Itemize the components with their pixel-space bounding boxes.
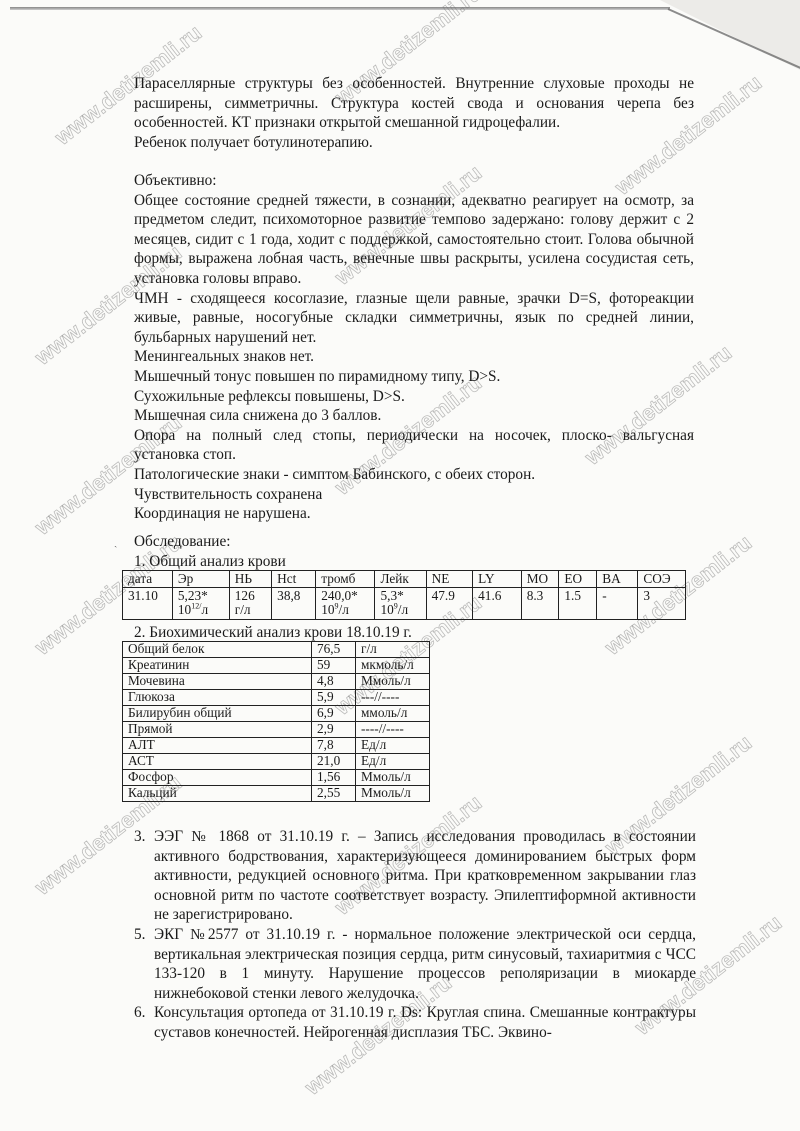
analyte-unit: Ед/л bbox=[356, 738, 430, 754]
item-number: 3. bbox=[134, 827, 145, 847]
table-header-cell: НЬ bbox=[229, 571, 271, 588]
analyte-value: 76,5 bbox=[312, 642, 356, 658]
exam-heading: Обследование: bbox=[134, 533, 231, 550]
item-number: 5. bbox=[134, 925, 145, 945]
table-cell: 1.5 bbox=[559, 588, 597, 620]
table-cell: 5,23*1012/л bbox=[172, 588, 229, 620]
analyte-name: Фосфор bbox=[123, 770, 312, 786]
analyte-unit: Ммоль/л bbox=[356, 770, 430, 786]
analyte-name: Мочевина bbox=[123, 674, 312, 690]
table-row: Общий белок76,5г/л bbox=[123, 642, 430, 658]
analyte-unit: Ммоль/л bbox=[356, 786, 430, 802]
table-row: 31.105,23*1012/л126г/л38,8240,0*109/л5,3… bbox=[123, 588, 686, 620]
analyte-value: 59 bbox=[312, 658, 356, 674]
table-cell: 41.6 bbox=[473, 588, 522, 620]
table-row: Мочевина4,8Ммоль/л bbox=[123, 674, 430, 690]
objective-paragraph: Сухожильные рефлексы повышены, D>S. bbox=[134, 387, 694, 407]
table-header-cell: MO bbox=[521, 571, 559, 588]
cbc-title: 1. Общий анализ крови bbox=[134, 553, 286, 570]
intro-paragraph: Параселлярные структуры без особенностей… bbox=[134, 74, 694, 133]
biochem-table: Общий белок76,5г/лКреатинин59мкмоль/лМоч… bbox=[122, 641, 430, 802]
analyte-name: Общий белок bbox=[123, 642, 312, 658]
objective-paragraph: Общее состояние средней тяжести, в созна… bbox=[134, 191, 694, 289]
objective-paragraph: Координация не нарушена. bbox=[134, 504, 694, 524]
analyte-value: 6,9 bbox=[312, 706, 356, 722]
analyte-name: Креатинин bbox=[123, 658, 312, 674]
table-row: Фосфор1,56Ммоль/л bbox=[123, 770, 430, 786]
table-header-cell: дата bbox=[123, 571, 173, 588]
item-text: Консультация ортопеда от 31.10.19 г. Ds:… bbox=[154, 1004, 696, 1041]
objective-section: Объективно: Общее состояние средней тяже… bbox=[134, 171, 694, 524]
analyte-name: Глюкоза bbox=[123, 690, 312, 706]
analyte-unit: г/л bbox=[356, 642, 430, 658]
objective-paragraph: Мышечный тонус повышен по пирамидному ти… bbox=[134, 367, 694, 387]
analyte-name: АСТ bbox=[123, 754, 312, 770]
table-row: АЛТ7,8Ед/л bbox=[123, 738, 430, 754]
item-number: 6. bbox=[134, 1003, 145, 1023]
analyte-value: 2,55 bbox=[312, 786, 356, 802]
table-header-cell: Лейк bbox=[375, 571, 426, 588]
table-cell: 38,8 bbox=[272, 588, 316, 620]
scan-speck: ˎ bbox=[114, 537, 117, 548]
table-cell: 47.9 bbox=[426, 588, 473, 620]
table-cell: 3 bbox=[638, 588, 686, 620]
item-text: ЭЭГ № 1868 от 31.10.19 г. – Запись иссле… bbox=[154, 828, 696, 923]
exam-item-orthopedist: 6.Консультация ортопеда от 31.10.19 г. D… bbox=[134, 1003, 696, 1042]
analyte-value: 21,0 bbox=[312, 754, 356, 770]
scan-top-edge bbox=[10, 7, 670, 10]
analyte-unit: мкмоль/л bbox=[356, 658, 430, 674]
analyte-name: АЛТ bbox=[123, 738, 312, 754]
table-row: Глюкоза5,9---//---- bbox=[123, 690, 430, 706]
table-header-cell: СОЭ bbox=[638, 571, 686, 588]
table-cell: 126г/л bbox=[229, 588, 271, 620]
section-heading: Объективно: bbox=[134, 171, 694, 191]
analyte-unit: Ммоль/л bbox=[356, 674, 430, 690]
table-header-cell: тромб bbox=[316, 571, 375, 588]
intro-paragraph: Ребенок получает ботулинотерапию. bbox=[134, 133, 694, 153]
table-header-cell: BA bbox=[597, 571, 638, 588]
analyte-unit: Ед/л bbox=[356, 754, 430, 770]
analyte-unit: ----//---- bbox=[356, 722, 430, 738]
objective-paragraph: Мышечная сила снижена до 3 баллов. bbox=[134, 406, 694, 426]
objective-paragraph: Патологические знаки - симптом Бабинског… bbox=[134, 465, 694, 485]
analyte-name: Кальций bbox=[123, 786, 312, 802]
table-header-cell: Hct bbox=[272, 571, 316, 588]
table-cell: 31.10 bbox=[123, 588, 173, 620]
table-header-row: датаЭрНЬHctтромбЛейкNELYMOEOBAСОЭ bbox=[123, 571, 686, 588]
cbc-table: датаЭрНЬHctтромбЛейкNELYMOEOBAСОЭ 31.105… bbox=[122, 570, 686, 620]
analyte-value: 7,8 bbox=[312, 738, 356, 754]
analyte-unit: ммоль/л bbox=[356, 706, 430, 722]
analyte-value: 1,56 bbox=[312, 770, 356, 786]
table-cell: 8.3 bbox=[521, 588, 559, 620]
objective-paragraph: Опора на полный след стопы, периодически… bbox=[134, 426, 694, 465]
analyte-value: 4,8 bbox=[312, 674, 356, 690]
table-row: Кальций2,55Ммоль/л bbox=[123, 786, 430, 802]
exam-item-eeg: 3.ЭЭГ № 1868 от 31.10.19 г. – Запись исс… bbox=[134, 827, 696, 925]
table-row: Креатинин59мкмоль/л bbox=[123, 658, 430, 674]
biochem-title: 2. Биохимический анализ крови 18.10.19 г… bbox=[134, 624, 412, 641]
document-page: www.detizemli.ruwww.detizemli.ruwww.deti… bbox=[0, 0, 800, 1131]
objective-paragraph: Менингеальных знаков нет. bbox=[134, 347, 694, 367]
objective-paragraph: ЧМН - сходящееся косоглазие, глазные щел… bbox=[134, 289, 694, 348]
table-row: АСТ21,0Ед/л bbox=[123, 754, 430, 770]
analyte-value: 2,9 bbox=[312, 722, 356, 738]
item-text: ЭКГ №2577 от 31.10.19 г. - нормальное по… bbox=[154, 926, 696, 1002]
intro-section: Параселлярные структуры без особенностей… bbox=[134, 74, 694, 152]
objective-paragraph: Чувствительность сохранена bbox=[134, 485, 694, 505]
table-header-cell: Эр bbox=[172, 571, 229, 588]
analyte-name: Билирубин общий bbox=[123, 706, 312, 722]
table-cell: 5,3*109/л bbox=[375, 588, 426, 620]
table-header-cell: LY bbox=[473, 571, 522, 588]
table-row: Прямой2,9----//---- bbox=[123, 722, 430, 738]
table-header-cell: NE bbox=[426, 571, 473, 588]
table-header-cell: EO bbox=[559, 571, 597, 588]
table-cell: 240,0*109/л bbox=[316, 588, 375, 620]
analyte-value: 5,9 bbox=[312, 690, 356, 706]
analyte-unit: ---//---- bbox=[356, 690, 430, 706]
table-cell: - bbox=[597, 588, 638, 620]
analyte-name: Прямой bbox=[123, 722, 312, 738]
table-row: Билирубин общий6,9ммоль/л bbox=[123, 706, 430, 722]
exam-item-ecg: 5.ЭКГ №2577 от 31.10.19 г. - нормальное … bbox=[134, 925, 696, 1003]
